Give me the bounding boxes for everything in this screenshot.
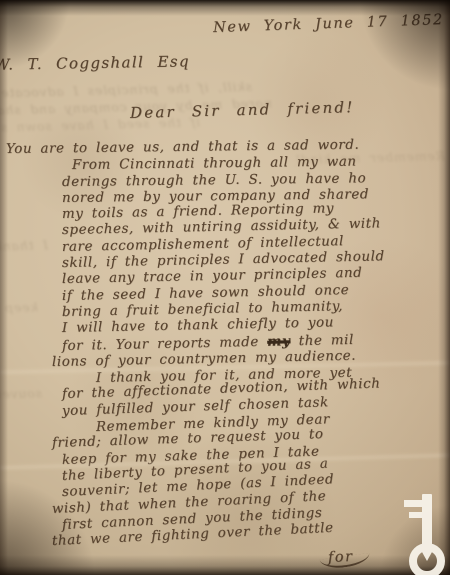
salutation: Dear Sir and friend!	[130, 98, 355, 122]
letter-body: You are to leave us, and that is a sad w…	[10, 142, 446, 568]
dateline: New York June 17 1852	[213, 12, 444, 36]
closing-word: for	[328, 549, 354, 566]
addressee: W. T. Coggshall Esq	[0, 52, 190, 73]
letter-photo: skill, if the principles I advocated sho…	[0, 0, 450, 575]
struck-word: my	[267, 333, 290, 349]
bleedthrough-text: skill, if the principles I advocated sho…	[2, 79, 252, 101]
strike-after: the mil	[290, 332, 354, 348]
key-icon	[395, 491, 445, 575]
